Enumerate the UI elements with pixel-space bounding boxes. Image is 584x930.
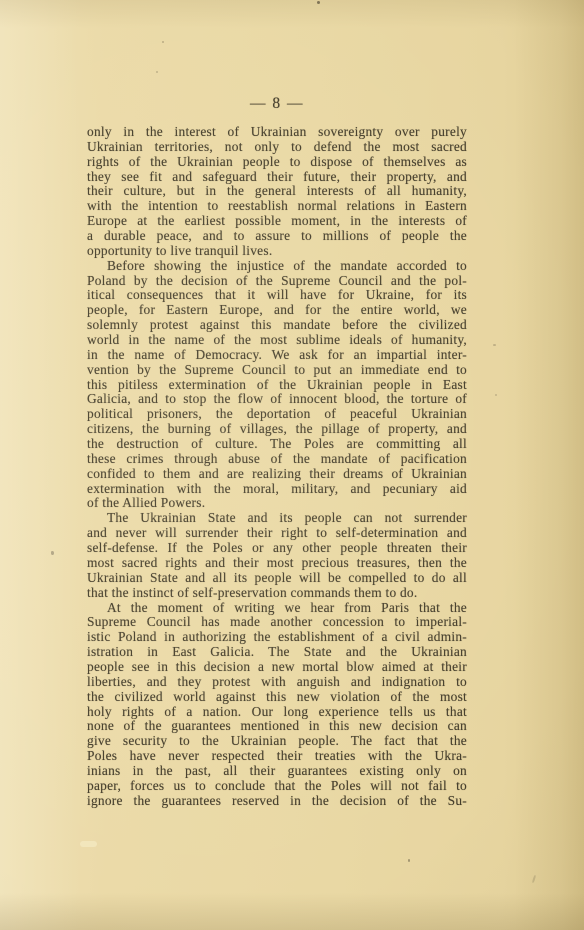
scan-speck [51,551,54,555]
text-line: istration in East Galicia. The State and… [87,645,467,660]
text-line: self-defense. If the Poles or any other … [87,541,467,556]
scan-smudge [80,841,97,847]
text-line: of the Allied Powers. [87,496,467,511]
text-line: give security to the Ukrainian people. T… [87,734,467,749]
text-line: ignore the guarantees reserved in the de… [87,794,467,809]
text-line: most sacred rights and their most precio… [87,556,467,571]
text-line: these crimes through abuse of the mandat… [87,452,467,467]
text-line: extermination with the moral, military, … [87,482,467,497]
scan-speck [162,41,164,43]
text-line: world in the name of the most sublime id… [87,333,467,348]
text-line: their culture, but in the general intere… [87,184,467,199]
text-line: Before showing the injustice of the mand… [87,259,467,274]
text-line: the destruction of culture. The Poles ar… [87,437,467,452]
text-line: they see fit and safeguard their future,… [87,170,467,185]
page-text: only in the interest of Ukrainian sovere… [87,125,467,809]
text-line: solemnly protest against this mandate be… [87,318,467,333]
text-line: Ukrainian State and all its people will … [87,571,467,586]
scan-speck [156,71,158,73]
text-line: Supreme Council has made another concess… [87,615,467,630]
text-line: liberties, and they protest with anguish… [87,675,467,690]
text-line: Poland by the decision of the Supreme Co… [87,274,467,289]
text-line: people, for Eastern Europe, and for the … [87,303,467,318]
text-line: itical consequences that it will have fo… [87,288,467,303]
text-line: rights of the Ukrainian people to dispos… [87,155,467,170]
scan-speck [317,1,320,4]
text-line: At the moment of writing we hear from Pa… [87,601,467,616]
text-line: Poles have never respected their treatie… [87,749,467,764]
scan-speck [495,394,497,396]
text-line: in the name of Democracy. We ask for an … [87,348,467,363]
text-line: holy rights of a nation. Our long experi… [87,705,467,720]
text-line: confided to them and are realizing their… [87,467,467,482]
scan-speck [408,859,410,862]
text-line: Ukrainian territories, not only to defen… [87,140,467,155]
text-line: and never will surrender their right to … [87,526,467,541]
text-line: The Ukrainian State and its people can n… [87,511,467,526]
text-line: istic Poland in authorizing the establis… [87,630,467,645]
text-line: Galicia, and to stop the flow of innocen… [87,392,467,407]
text-line: political prisoners, the deportation of … [87,407,467,422]
book-page: — 8 — only in the interest of Ukrainian … [0,0,584,930]
scan-speck [493,344,496,346]
text-line: opportunity to live tranquil lives. [87,244,467,259]
text-line: citizens, the burning of villages, the p… [87,422,467,437]
text-line: inians in the past, all their guarantees… [87,764,467,779]
text-line: only in the interest of Ukrainian sovere… [87,125,467,140]
text-line: a durable peace, and to assure to millio… [87,229,467,244]
text-line: vention by the Supreme Council to put an… [87,363,467,378]
text-line: that the instinct of self-preservation c… [87,586,467,601]
text-line: this pitiless extermination of the Ukrai… [87,378,467,393]
text-line: none of the guarantees mentioned in this… [87,719,467,734]
scan-speck [532,875,536,883]
text-line: Europe at the earliest possible moment, … [87,214,467,229]
page-number: — 8 — [87,95,467,113]
text-line: with the intention to reestablish normal… [87,199,467,214]
text-line: the civilized world against this new vio… [87,690,467,705]
text-line: paper, forces us to conclude that the Po… [87,779,467,794]
text-line: people see in this decision a new mortal… [87,660,467,675]
